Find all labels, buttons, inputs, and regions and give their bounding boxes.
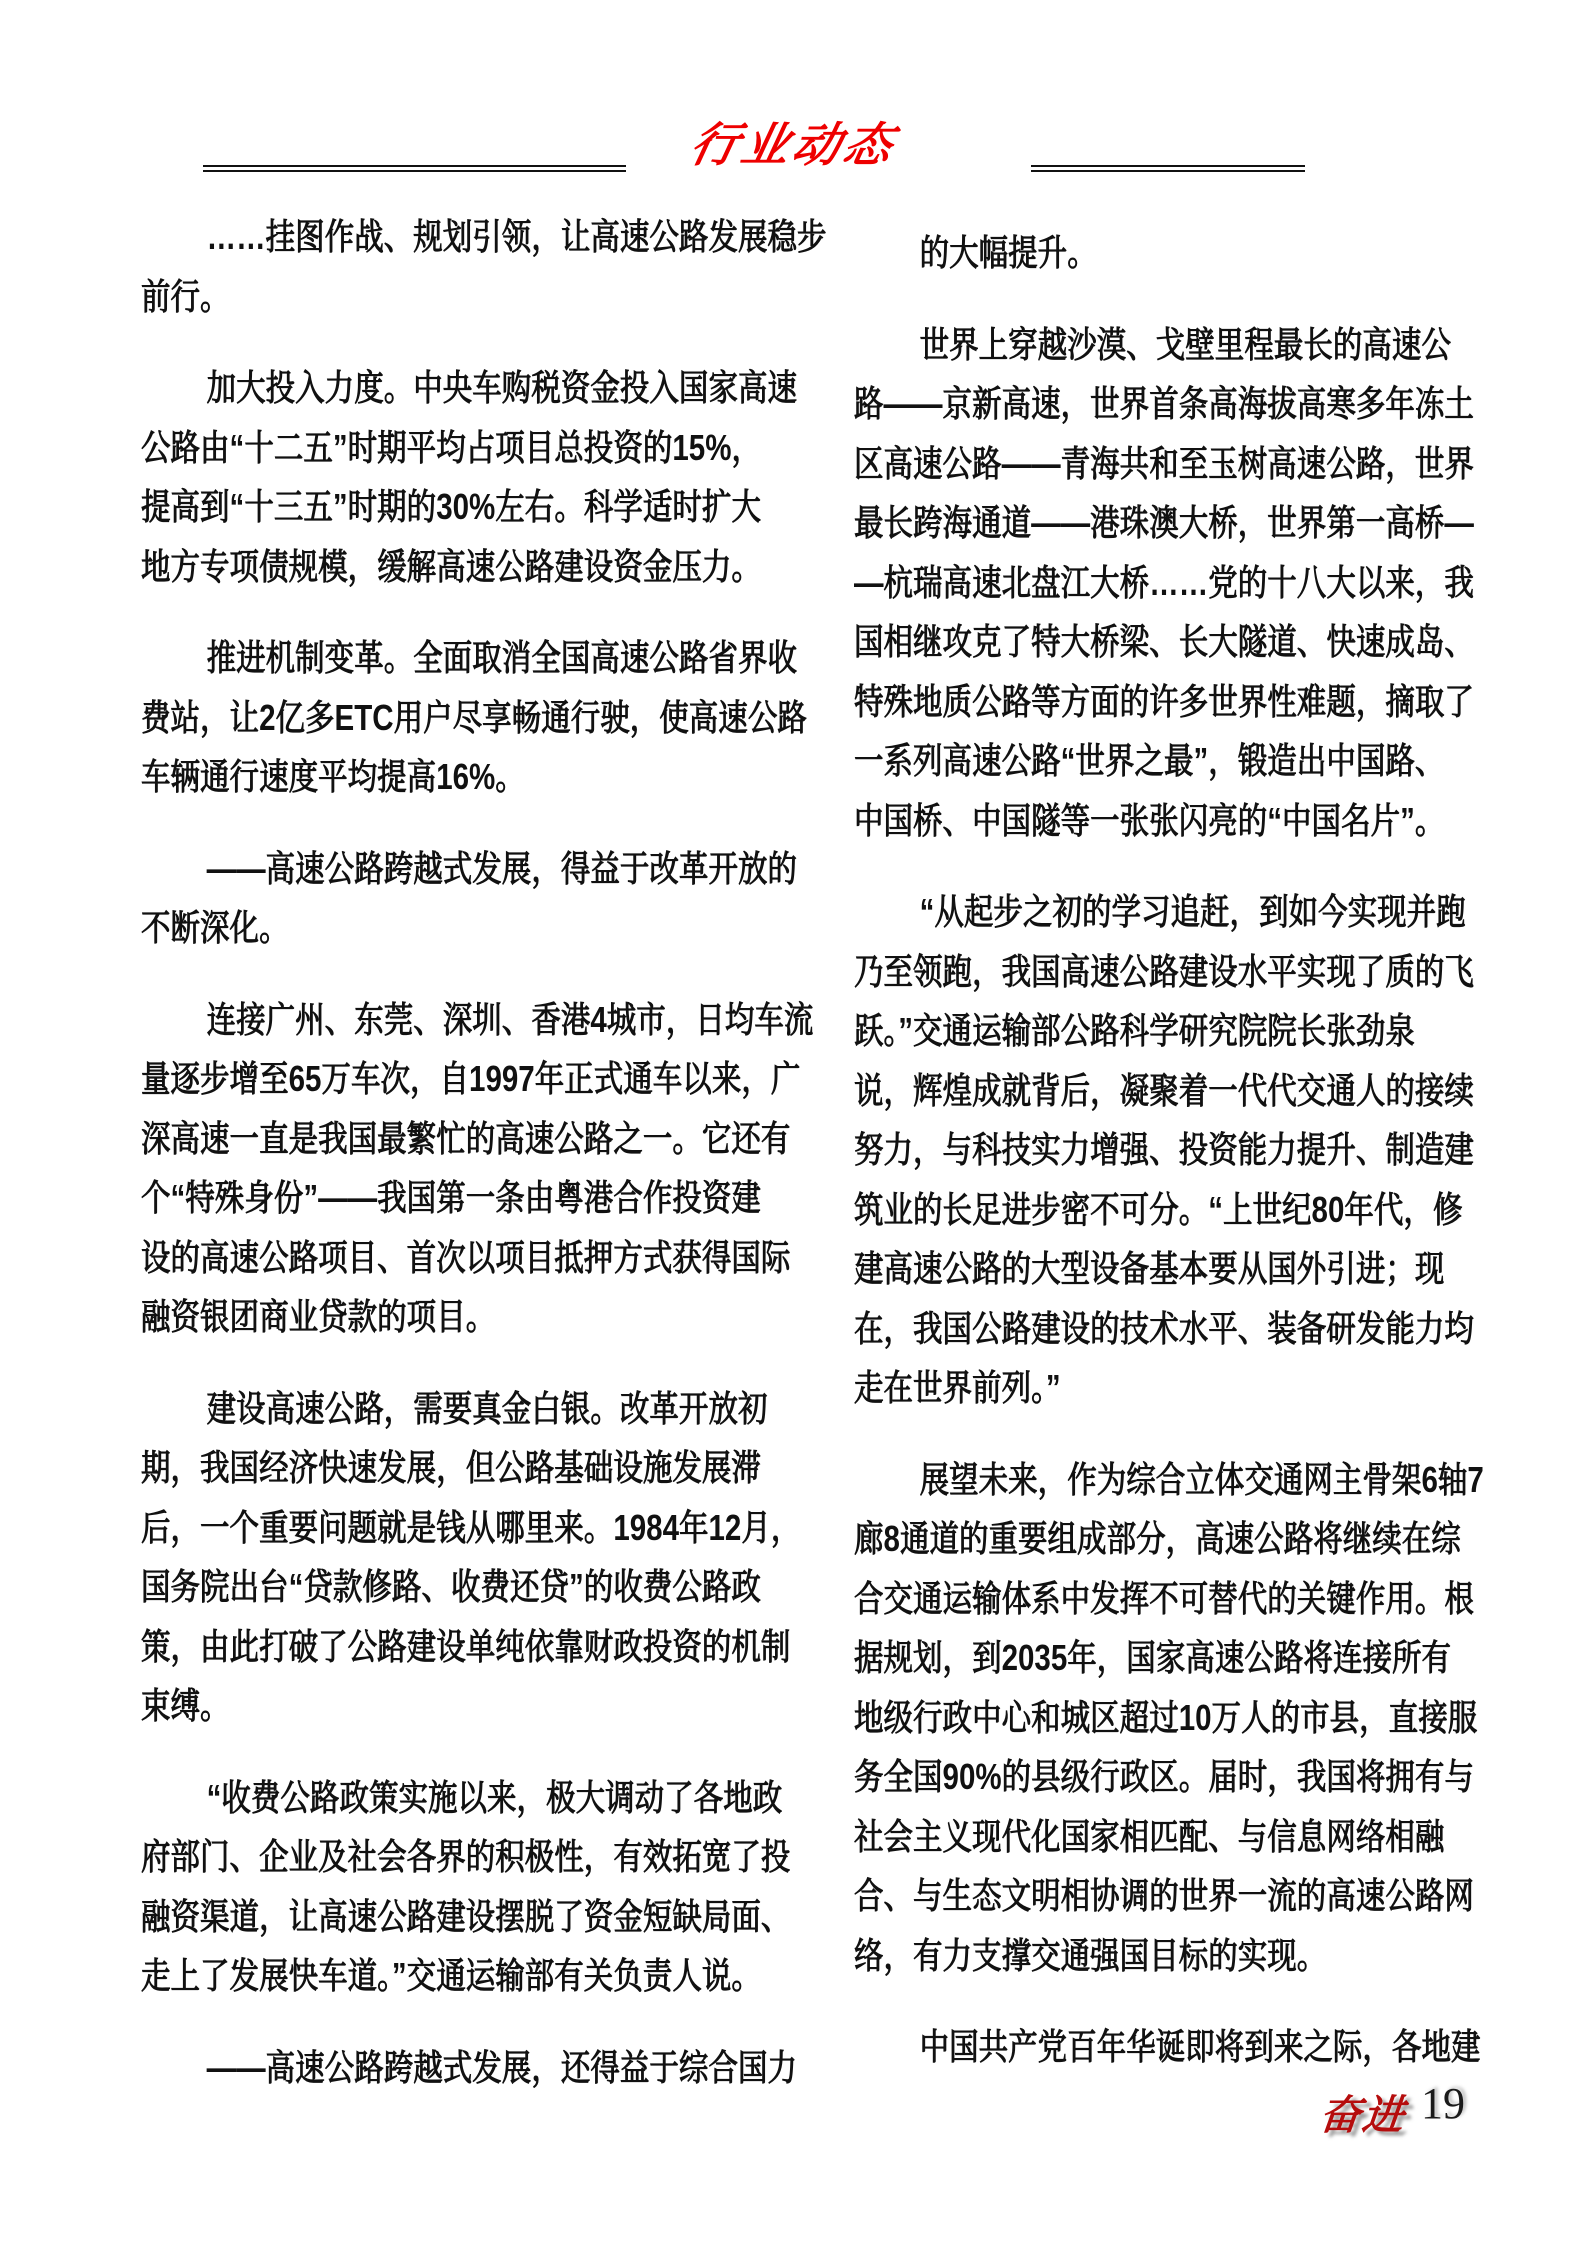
paragraph: 连接广州、东莞、深圳、香港4城市，日均车流量逐步增至65万车次，自1997年正式… [141,990,801,1347]
text-line: 展望未来，作为综合立体交通网主骨架6轴7 [854,1450,1379,1510]
text-line: 策，由此打破了公路建设单纯依靠财政投资的机制 [141,1617,682,1677]
text-line: 廊8通道的重要组成部分，高速公路将继续在综 [854,1509,1379,1569]
text-line: 合交通运输体系中发挥不可替代的关键作用。根 [854,1569,1379,1629]
text-line: “收费公路政策实施以来，极大调动了各地政 [141,1768,682,1828]
magazine-name: 奋进 [1317,2082,1409,2141]
paragraph: ——高速公路跨越式发展，还得益于综合国力 [141,2038,801,2098]
text-line: 络，有力支撑交通强国目标的实现。 [854,1926,1379,1986]
text-line: 推进机制变革。全面取消全国高速公路省界收 [141,628,682,688]
text-line: 跃。”交通运输部公路科学研究院院长张劲泉 [854,1001,1379,1061]
page-number: 19 [1421,2078,1465,2129]
text-line: 世界上穿越沙漠、戈壁里程最长的高速公 [854,315,1379,375]
text-line: 提高到“十三五”时期的30%左右。科学适时扩大 [141,477,682,537]
paragraph: 建设高速公路，需要真金白银。改革开放初期，我国经济快速发展，但公路基础设施发展滞… [141,1379,801,1736]
paragraph: 展望未来，作为综合立体交通网主骨架6轴7廊8通道的重要组成部分，高速公路将继续在… [854,1450,1494,1986]
text-line: ——高速公路跨越式发展，还得益于综合国力 [141,2038,682,2098]
text-line: 加大投入力度。中央车购税资金投入国家高速 [141,358,682,418]
text-line: 社会主义现代化国家相匹配、与信息网络相融 [854,1807,1379,1867]
text-line: 府部门、企业及社会各界的积极性，有效拓宽了投 [141,1827,682,1887]
text-line: 融资银团商业贷款的项目。 [141,1287,682,1347]
text-line: 建设高速公路，需要真金白银。改革开放初 [141,1379,682,1439]
text-line: 期，我国经济快速发展，但公路基础设施发展滞 [141,1438,682,1498]
paragraph: 的大幅提升。 [854,223,1494,283]
text-line: 束缚。 [141,1676,682,1736]
right-column: 的大幅提升。世界上穿越沙漠、戈壁里程最长的高速公路——京新高速，世界首条高海拔高… [854,223,1494,2077]
text-line: 不断深化。 [141,898,682,958]
paragraph: ——高速公路跨越式发展，得益于改革开放的不断深化。 [141,839,801,958]
text-line: 中国共产党百年华诞即将到来之际，各地建 [854,2017,1379,2077]
text-line: 地方专项债规模，缓解高速公路建设资金压力。 [141,537,682,597]
text-line: 深高速一直是我国最繁忙的高速公路之一。它还有 [141,1109,682,1169]
text-line: 乃至领跑，我国高速公路建设水平实现了质的飞 [854,942,1379,1002]
text-line: 努力，与科技实力增强、投资能力提升、制造建 [854,1120,1379,1180]
paragraph: 加大投入力度。中央车购税资金投入国家高速公路由“十二五”时期平均占项目总投资的1… [141,358,801,596]
text-line: 前行。 [141,267,682,327]
text-line: 在，我国公路建设的技术水平、装备研发能力均 [854,1299,1379,1359]
paragraph: 世界上穿越沙漠、戈壁里程最长的高速公路——京新高速，世界首条高海拔高寒多年冻土区… [854,315,1494,851]
text-line: 务全国90%的县级行政区。届时，我国将拥有与 [854,1747,1379,1807]
text-line: 后，一个重要问题就是钱从哪里来。1984年12月， [141,1498,682,1558]
text-line: 的大幅提升。 [854,223,1379,283]
text-line: 走在世界前列。” [854,1358,1379,1418]
text-line: 国相继攻克了特大桥梁、长大隧道、快速成岛、 [854,612,1379,672]
text-line: 一系列高速公路“世界之最”，锻造出中国路、 [854,731,1379,791]
text-line: 路——京新高速，世界首条高海拔高寒多年冻土 [854,374,1379,434]
page-header: 行业动态 [0,108,1588,175]
text-line: 个“特殊身份”——我国第一条由粤港合作投资建 [141,1168,682,1228]
paragraph: “从起步之初的学习追赶，到如今实现并跑乃至领跑，我国高速公路建设水平实现了质的飞… [854,882,1494,1418]
text-line: ……挂图作战、规划引领，让高速公路发展稳步 [141,207,682,267]
text-line: “从起步之初的学习追赶，到如今实现并跑 [854,882,1379,942]
text-line: 区高速公路——青海共和至玉树高速公路，世界 [854,434,1379,494]
left-column: ……挂图作战、规划引领，让高速公路发展稳步前行。加大投入力度。中央车购税资金投入… [141,207,801,2097]
text-line: 国务院出台“贷款修路、收费还贷”的收费公路政 [141,1557,682,1617]
text-line: 筑业的长足进步密不可分。“上世纪80年代，修 [854,1180,1379,1240]
text-line: ——高速公路跨越式发展，得益于改革开放的 [141,839,682,899]
header-rule-right [1031,165,1305,172]
paragraph: “收费公路政策实施以来，极大调动了各地政府部门、企业及社会各界的积极性，有效拓宽… [141,1768,801,2006]
text-line: 地级行政中心和城区超过10万人的市县，直接服 [854,1688,1379,1748]
text-line: 费站，让2亿多ETC用户尽享畅通行驶，使高速公路 [141,688,682,748]
text-line: 据规划，到2035年，国家高速公路将连接所有 [854,1628,1379,1688]
text-line: 合、与生态文明相协调的世界一流的高速公路网 [854,1866,1379,1926]
text-line: 中国桥、中国隧等一张张闪亮的“中国名片”。 [854,791,1379,851]
magazine-page: 行业动态 ……挂图作战、规划引领，让高速公路发展稳步前行。加大投入力度。中央车购… [0,0,1588,2245]
text-line: 公路由“十二五”时期平均占项目总投资的15%， [141,418,682,478]
text-line: 最长跨海通道——港珠澳大桥，世界第一高桥— [854,493,1379,553]
text-line: 建高速公路的大型设备基本要从国外引进；现 [854,1239,1379,1299]
text-line: 融资渠道，让高速公路建设摆脱了资金短缺局面、 [141,1887,682,1947]
paragraph: ……挂图作战、规划引领，让高速公路发展稳步前行。 [141,207,801,326]
paragraph: 中国共产党百年华诞即将到来之际，各地建 [854,2017,1494,2077]
text-line: —杭瑞高速北盘江大桥……党的十八大以来，我 [854,553,1379,613]
text-line: 特殊地质公路等方面的许多世界性难题，摘取了 [854,672,1379,732]
paragraph: 推进机制变革。全面取消全国高速公路省界收费站，让2亿多ETC用户尽享畅通行驶，使… [141,628,801,807]
text-line: 车辆通行速度平均提高16%。 [141,747,682,807]
text-line: 连接广州、东莞、深圳、香港4城市，日均车流 [141,990,682,1050]
text-line: 走上了发展快车道。”交通运输部有关负责人说。 [141,1946,682,2006]
text-line: 说，辉煌成就背后，凝聚着一代代交通人的接续 [854,1061,1379,1121]
page-title: 行业动态 [685,108,903,175]
text-line: 设的高速公路项目、首次以项目抵押方式获得国际 [141,1228,682,1288]
text-line: 量逐步增至65万车次，自1997年正式通车以来，广 [141,1049,682,1109]
